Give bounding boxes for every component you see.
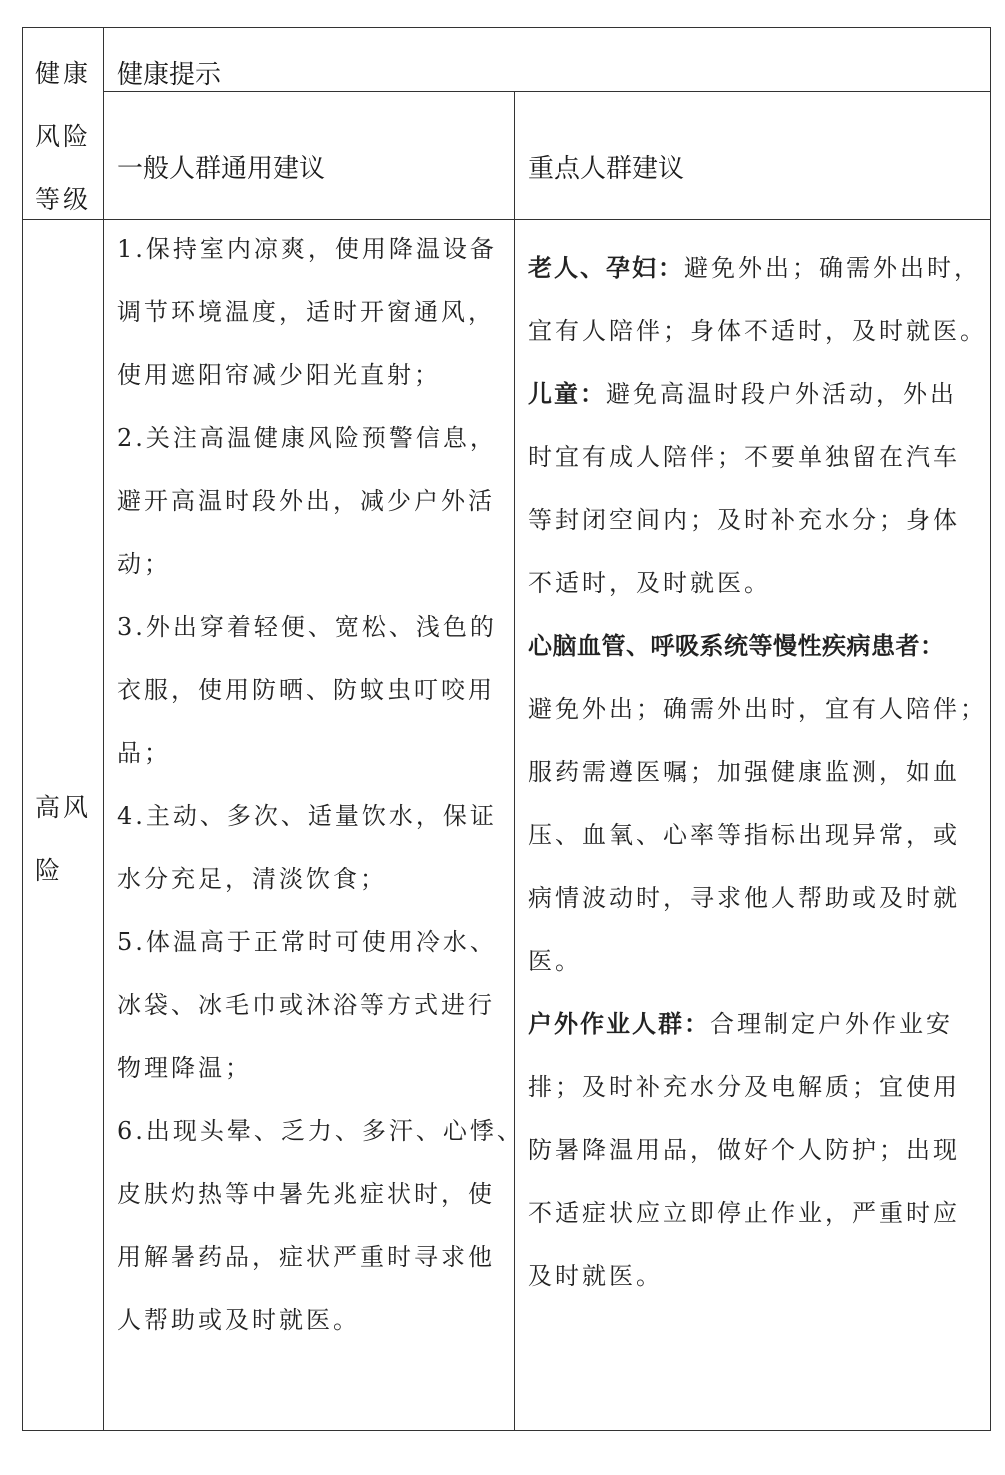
divider-middle-col	[514, 92, 515, 1430]
group-text: 合理制定户外作业安	[710, 1010, 953, 1038]
key-group-line: 压、血氧、心率等指标出现异常，或	[528, 804, 983, 867]
key-group-children: 儿童：避免高温时段户外活动，外出	[528, 363, 983, 426]
divider-risk-col	[103, 28, 104, 1430]
divider-health-tips	[103, 91, 990, 92]
key-group-chronic-disease: 心脑血管、呼吸系统等慢性疾病患者：	[528, 615, 983, 678]
group-text: 避免高温时段户外活动，外出	[606, 380, 957, 408]
general-advice-line: 1.保持室内凉爽，使用降温设备	[117, 218, 507, 281]
general-advice-line: 冰袋、冰毛巾或沐浴等方式进行	[117, 974, 507, 1037]
key-group-line: 排；及时补充水分及电解质；宜使用	[528, 1056, 983, 1119]
general-advice-line: 3.外出穿着轻便、宽松、浅色的	[117, 596, 507, 659]
key-group-line: 时宜有成人陪伴；不要单独留在汽车	[528, 426, 983, 489]
general-advice-line: 动；	[117, 533, 507, 596]
group-text: 避免外出；确需外出时，	[684, 254, 981, 282]
risk-level-cell: 高风 险	[35, 776, 95, 902]
general-advice-line: 品；	[117, 722, 507, 785]
general-advice-line: 人帮助或及时就医。	[117, 1289, 507, 1352]
risk-level-header-line: 健康	[35, 42, 95, 105]
general-advice-line: 使用遮阳帘减少阳光直射；	[117, 344, 507, 407]
key-group-line: 不适症状应立即停止作业，严重时应	[528, 1182, 983, 1245]
group-label: 老人、孕妇：	[528, 254, 684, 282]
health-tips-header: 健康提示	[117, 54, 221, 91]
key-group-outdoor-workers: 户外作业人群：合理制定户外作业安	[528, 993, 983, 1056]
key-group-line: 医。	[528, 930, 983, 993]
general-advice-line: 6.出现头晕、乏力、多汗、心悸、	[117, 1100, 507, 1163]
general-advice-line: 水分充足，清淡饮食；	[117, 848, 507, 911]
risk-level-line: 险	[35, 839, 95, 902]
group-label: 儿童：	[528, 380, 606, 408]
key-groups-header: 重点人群建议	[528, 148, 684, 185]
risk-level-header: 健康 风险 等级	[35, 42, 95, 231]
risk-level-header-line: 风险	[35, 105, 95, 168]
health-risk-table: 健康 风险 等级 健康提示 一般人群通用建议 重点人群建议 高风 险 1.保持室…	[22, 27, 991, 1431]
general-advice-line: 物理降温；	[117, 1037, 507, 1100]
general-advice-line: 皮肤灼热等中暑先兆症状时，使	[117, 1163, 507, 1226]
key-group-line: 病情波动时，寻求他人帮助或及时就	[528, 867, 983, 930]
key-group-line: 不适时，及时就医。	[528, 552, 983, 615]
group-label: 户外作业人群：	[528, 1010, 710, 1038]
key-group-elderly-pregnant: 老人、孕妇：避免外出；确需外出时，	[528, 237, 983, 300]
key-group-line: 宜有人陪伴；身体不适时，及时就医。	[528, 300, 983, 363]
general-advice-line: 4.主动、多次、适量饮水，保证	[117, 785, 507, 848]
key-groups-cell: 老人、孕妇：避免外出；确需外出时， 宜有人陪伴；身体不适时，及时就医。 儿童：避…	[528, 237, 983, 1308]
key-group-line: 等封闭空间内；及时补充水分；身体	[528, 489, 983, 552]
risk-level-header-line: 等级	[35, 168, 95, 231]
general-advice-cell: 1.保持室内凉爽，使用降温设备 调节环境温度，适时开窗通风， 使用遮阳帘减少阳光…	[117, 218, 507, 1352]
general-advice-line: 5.体温高于正常时可使用冷水、	[117, 911, 507, 974]
group-label: 心脑血管、呼吸系统等慢性疾病患者：	[528, 632, 945, 660]
general-advice-header: 一般人群通用建议	[117, 148, 325, 185]
general-advice-line: 衣服，使用防晒、防蚊虫叮咬用	[117, 659, 507, 722]
general-advice-line: 调节环境温度，适时开窗通风，	[117, 281, 507, 344]
key-group-line: 防暑降温用品，做好个人防护；出现	[528, 1119, 983, 1182]
general-advice-line: 避开高温时段外出，减少户外活	[117, 470, 507, 533]
key-group-line: 服药需遵医嘱；加强健康监测，如血	[528, 741, 983, 804]
key-group-line: 及时就医。	[528, 1245, 983, 1308]
general-advice-line: 用解暑药品，症状严重时寻求他	[117, 1226, 507, 1289]
key-group-line: 避免外出；确需外出时，宜有人陪伴；	[528, 678, 983, 741]
general-advice-line: 2.关注高温健康风险预警信息，	[117, 407, 507, 470]
risk-level-line: 高风	[35, 776, 95, 839]
